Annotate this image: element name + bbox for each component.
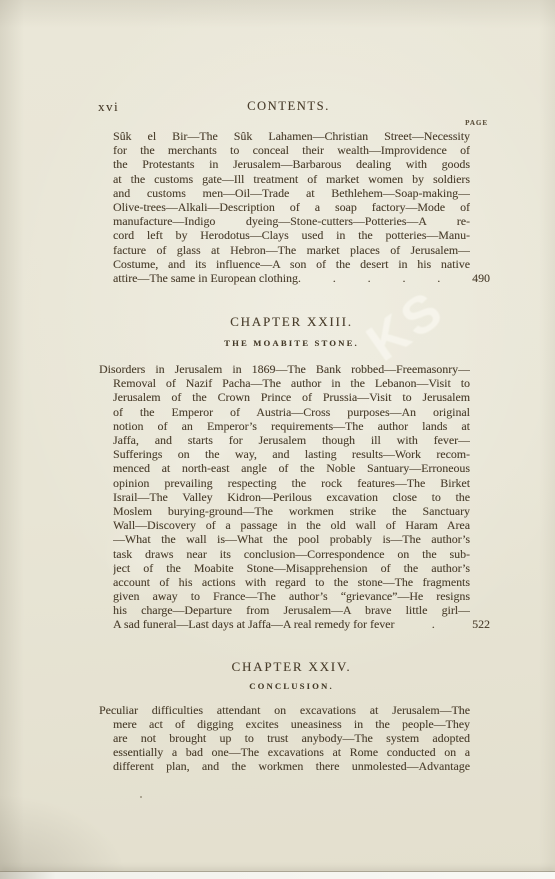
toc-line: at the customs gate—Ill treatment of mar… bbox=[113, 172, 470, 186]
toc-paragraph: Peculiar difficulties attendant on excav… bbox=[113, 703, 470, 774]
toc-line: given away to France—The author’s “griev… bbox=[113, 589, 470, 603]
page-column-label: PAGE bbox=[465, 119, 488, 127]
toc-paragraph: Sûk el Bir—The Sûk Lahamen—Christian Str… bbox=[113, 129, 470, 285]
toc-line: Costume, and its influence—A son of the … bbox=[113, 257, 470, 271]
toc-line: Wall—Discovery of a passage in the old w… bbox=[113, 518, 470, 532]
toc-line: Sûk el Bir—The Sûk Lahamen—Christian Str… bbox=[113, 129, 470, 143]
leader-dot: . bbox=[368, 271, 371, 285]
toc-line: task draws near its conclusion—Correspon… bbox=[113, 547, 470, 561]
toc-line: ject of the Moabite Stone—Misapprehensio… bbox=[113, 561, 470, 575]
toc-line: Removal of Nazif Pacha—The author in the… bbox=[113, 376, 470, 390]
book-page: KS xvi CONTENTS. PAGE Sûk el Bir—The Sûk… bbox=[0, 0, 555, 879]
toc-line-with-page: attire—The same in European clothing....… bbox=[113, 271, 490, 285]
leader-dot: . bbox=[402, 271, 405, 285]
toc-line: opinion prevailing respecting the rock f… bbox=[113, 476, 470, 490]
contents-body: Sûk el Bir—The Sûk Lahamen—Christian Str… bbox=[113, 129, 470, 774]
page-ref: 490 bbox=[472, 271, 490, 285]
toc-line-text: A sad funeral—Last days at Jaffa—A real … bbox=[113, 617, 394, 631]
toc-line: different plan, and the workmen there un… bbox=[113, 759, 470, 773]
toc-line: Jaffa, and starts for Jerusalem though i… bbox=[113, 433, 470, 447]
toc-line: Moslem burying-ground—The workmen strike… bbox=[113, 504, 470, 518]
toc-paragraph: Disorders in Jerusalem in 1869—The Bank … bbox=[113, 362, 470, 632]
chapter-title: CHAPTER XXIV. bbox=[113, 659, 470, 674]
toc-line: for the merchants to conceal their wealt… bbox=[113, 143, 470, 157]
running-title: CONTENTS. bbox=[22, 99, 555, 114]
dot-leader: . bbox=[394, 617, 472, 631]
toc-line: the Protestants in Jerusalem—Barbarous d… bbox=[113, 157, 470, 171]
chapter-title: CHAPTER XXIII. bbox=[113, 314, 470, 329]
toc-line: Sufferings on the way, and lasting resul… bbox=[113, 447, 470, 461]
toc-line: are not brought up to trust anybody—The … bbox=[113, 731, 470, 745]
toc-line: mere act of digging excites uneasiness i… bbox=[113, 717, 470, 731]
toc-line: and customs men—Oil—Trade at Bethlehem—S… bbox=[113, 186, 470, 200]
toc-line: of the Emperor of Austria—Cross purposes… bbox=[113, 405, 470, 419]
toc-line-text: attire—The same in European clothing. bbox=[113, 271, 301, 285]
toc-line: Israil—The Valley Kidron—Perilous excava… bbox=[113, 490, 470, 504]
toc-line: manufacture—Indigo dyeing—Stone-cutters—… bbox=[113, 214, 470, 228]
page-ref: 522 bbox=[472, 617, 490, 631]
scan-page-edge bbox=[0, 872, 555, 879]
toc-line: —What the wall is—What the pool probably… bbox=[113, 532, 470, 546]
toc-line: essentially a bad one—The excavations at… bbox=[113, 745, 470, 759]
leader-dot: . bbox=[437, 271, 440, 285]
toc-line: his charge—Departure from Jerusalem—A br… bbox=[113, 603, 470, 617]
toc-line: menced at north-east angle of the Noble … bbox=[113, 461, 470, 475]
toc-line: Jerusalem of the Crown Prince of Prussia… bbox=[113, 390, 470, 404]
leader-dot: . bbox=[333, 271, 336, 285]
leader-dot: . bbox=[432, 617, 435, 631]
toc-line: Olive-trees—Alkali—Description of a soap… bbox=[113, 200, 470, 214]
chapter-subtitle: THE MOABITE STONE. bbox=[113, 338, 470, 348]
chapter-subtitle: CONCLUSION. bbox=[113, 681, 470, 691]
paper-speck bbox=[140, 796, 142, 798]
toc-line: Peculiar difficulties attendant on excav… bbox=[99, 703, 470, 717]
toc-line: account of his actions with regard to th… bbox=[113, 575, 470, 589]
toc-line: facture of glass at Hebron—The market pl… bbox=[113, 243, 470, 257]
toc-line: Disorders in Jerusalem in 1869—The Bank … bbox=[99, 362, 470, 376]
toc-line-with-page: A sad funeral—Last days at Jaffa—A real … bbox=[113, 617, 490, 631]
toc-line: cord left by Herodotus—Clays used in the… bbox=[113, 228, 470, 242]
toc-line: notion of an Emperor’s requirements—The … bbox=[113, 419, 470, 433]
dot-leader: .... bbox=[301, 271, 472, 285]
